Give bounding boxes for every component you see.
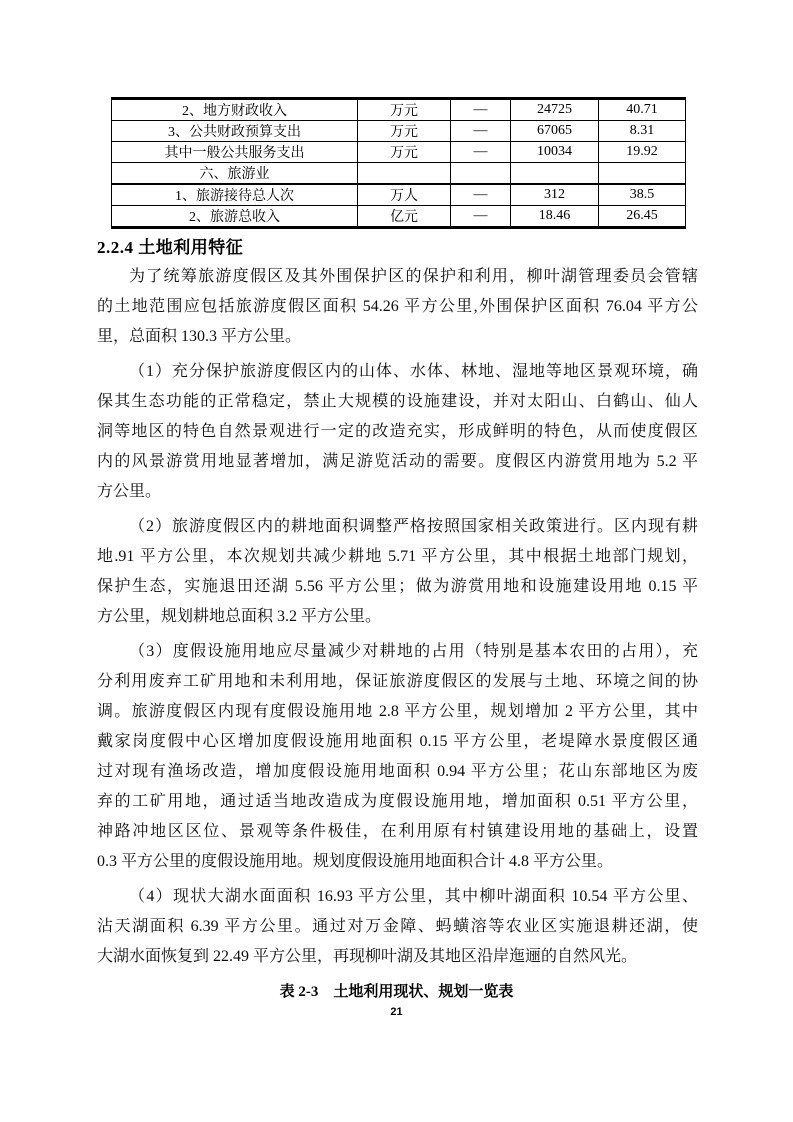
table-cell: 40.71 bbox=[599, 99, 686, 121]
body-line: 大湖水面恢复到 22.49 平方公里，再现柳叶湖及其地区沿岸迤逦的自然风光。 bbox=[97, 942, 698, 972]
table-cell: 38.5 bbox=[599, 184, 686, 206]
table-cell: 六、旅游业 bbox=[112, 163, 358, 185]
table-cell: 19.92 bbox=[599, 142, 686, 163]
body-line: 方公里，规划耕地总面积 3.2 平方公里。 bbox=[97, 602, 698, 632]
table-cell: 10034 bbox=[511, 142, 599, 163]
section-heading: 2.2.4 土地利用特征 bbox=[97, 233, 243, 258]
body-line: 地.91 平方公里，本次规划共减少耕地 5.71 平方公里，其中根据土地部门规划… bbox=[97, 542, 698, 572]
body-line: 保护生态，实施退田还湖 5.56 平方公里；做为游赏用地和设施建设用地 0.15… bbox=[97, 572, 698, 602]
body-line: （3）度假设施用地应尽量减少对耕地的占用（特别是基本农田的占用），充 bbox=[97, 637, 698, 667]
table-cell: 万元 bbox=[358, 142, 451, 163]
paragraph-item-1: （1）充分保护旅游度假区内的山体、水体、林地、湿地等地区景观环境，确 保其生态功… bbox=[97, 357, 698, 507]
table-cell: 26.45 bbox=[599, 206, 686, 228]
body-line: （2）旅游度假区内的耕地面积调整严格按照国家相关政策进行。区内现有耕 bbox=[97, 512, 698, 542]
table-cell bbox=[599, 163, 686, 185]
table-cell bbox=[358, 163, 451, 185]
body-line: （4）现状大湖水面面积 16.93 平方公里，其中柳叶湖面积 10.54 平方公… bbox=[97, 882, 698, 912]
body-line: 沾天湖面积 6.39 平方公里。通过对万金障、蚂蟥溶等农业区实施退耕还湖，使 bbox=[97, 912, 698, 942]
table-cell: 万元 bbox=[358, 121, 451, 142]
body-line: 的土地范围应包括旅游度假区面积 54.26 平方公里,外围保护区面积 76.04… bbox=[97, 292, 698, 322]
table-cell: 万元 bbox=[358, 99, 451, 121]
table-cell: — bbox=[451, 121, 511, 142]
body-line: （1）充分保护旅游度假区内的山体、水体、林地、湿地等地区景观环境，确 bbox=[97, 357, 698, 387]
table-cell: 18.46 bbox=[511, 206, 599, 228]
table-cell: 2、旅游总收入 bbox=[112, 206, 358, 228]
body-line: 分利用废弃工矿用地和未利用地，保证旅游度假区的发展与土地、环境之间的协 bbox=[97, 667, 698, 697]
page-number: 21 bbox=[0, 1006, 793, 1018]
body-text: 为了统筹旅游度假区及其外围保护区的保护和利用，柳叶湖管理委员会管辖 的土地范围应… bbox=[97, 262, 698, 972]
table-row-section: 六、旅游业 bbox=[112, 163, 686, 185]
document-page: 2、地方财政收入 万元 — 24725 40.71 3、公共财政预算支出 万元 … bbox=[0, 0, 793, 1122]
paragraph-item-4: （4）现状大湖水面面积 16.93 平方公里，其中柳叶湖面积 10.54 平方公… bbox=[97, 882, 698, 972]
body-line: 洞等地区的特色自然景观进行一定的改造充实，形成鲜明的特色，从而使度假区 bbox=[97, 417, 698, 447]
table-cell: — bbox=[451, 99, 511, 121]
table-cell bbox=[451, 163, 511, 185]
table-cell: 亿元 bbox=[358, 206, 451, 228]
table-cell: 万人 bbox=[358, 184, 451, 206]
body-line: 调。旅游度假区内现有度假设施用地 2.8 平方公里，规划增加 2 平方公里，其中 bbox=[97, 697, 698, 727]
table-cell: — bbox=[451, 206, 511, 228]
table-cell: 3、公共财政预算支出 bbox=[112, 121, 358, 142]
body-line: 过对现有渔场改造，增加度假设施用地面积 0.94 平方公里；花山东部地区为废 bbox=[97, 757, 698, 787]
table-row: 2、地方财政收入 万元 — 24725 40.71 bbox=[112, 99, 686, 121]
table-row: 3、公共财政预算支出 万元 — 67065 8.31 bbox=[112, 121, 686, 142]
paragraph-item-2: （2）旅游度假区内的耕地面积调整严格按照国家相关政策进行。区内现有耕 地.91 … bbox=[97, 512, 698, 632]
body-line: 保其生态功能的正常稳定，禁止大规模的设施建设，并对太阳山、白鹤山、仙人 bbox=[97, 387, 698, 417]
table-cell bbox=[511, 163, 599, 185]
body-line: 神路冲地区区位、景观等条件极佳，在利用原有村镇建设用地的基础上，设置 bbox=[97, 817, 698, 847]
table-cell: 2、地方财政收入 bbox=[112, 99, 358, 121]
table-cell: 其中一般公共服务支出 bbox=[112, 142, 358, 163]
table-caption: 表 2-3 土地利用现状、规划一览表 bbox=[0, 980, 793, 1001]
paragraph-intro: 为了统筹旅游度假区及其外围保护区的保护和利用，柳叶湖管理委员会管辖 的土地范围应… bbox=[97, 262, 698, 352]
table-row: 2、旅游总收入 亿元 — 18.46 26.45 bbox=[112, 206, 686, 228]
table-row: 1、旅游接待总人次 万人 — 312 38.5 bbox=[112, 184, 686, 206]
table-cell: 8.31 bbox=[599, 121, 686, 142]
body-line: 0.3 平方公里的度假设施用地。规划度假设施用地面积合计 4.8 平方公里。 bbox=[97, 847, 698, 877]
table-cell: 67065 bbox=[511, 121, 599, 142]
table-cell: — bbox=[451, 184, 511, 206]
table-row: 其中一般公共服务支出 万元 — 10034 19.92 bbox=[112, 142, 686, 163]
body-line: 里，总面积 130.3 平方公里。 bbox=[97, 322, 698, 352]
body-line: 方公里。 bbox=[97, 477, 698, 507]
table-cell: 1、旅游接待总人次 bbox=[112, 184, 358, 206]
body-line: 内的风景游赏用地显著增加，满足游览活动的需要。度假区内游赏用地为 5.2 平 bbox=[97, 447, 698, 477]
table-cell: — bbox=[451, 142, 511, 163]
body-line: 弃的工矿用地，通过适当地改造成为度假设施用地，增加面积 0.51 平方公里， bbox=[97, 787, 698, 817]
body-line: 为了统筹旅游度假区及其外围保护区的保护和利用，柳叶湖管理委员会管辖 bbox=[97, 262, 698, 292]
table-cell: 24725 bbox=[511, 99, 599, 121]
paragraph-item-3: （3）度假设施用地应尽量减少对耕地的占用（特别是基本农田的占用），充 分利用废弃… bbox=[97, 637, 698, 877]
statistics-table: 2、地方财政收入 万元 — 24725 40.71 3、公共财政预算支出 万元 … bbox=[111, 97, 686, 229]
body-line: 戴家岗度假中心区增加度假设施用地面积 0.15 平方公里，老堤障水景度假区通 bbox=[97, 727, 698, 757]
table-cell: 312 bbox=[511, 184, 599, 206]
